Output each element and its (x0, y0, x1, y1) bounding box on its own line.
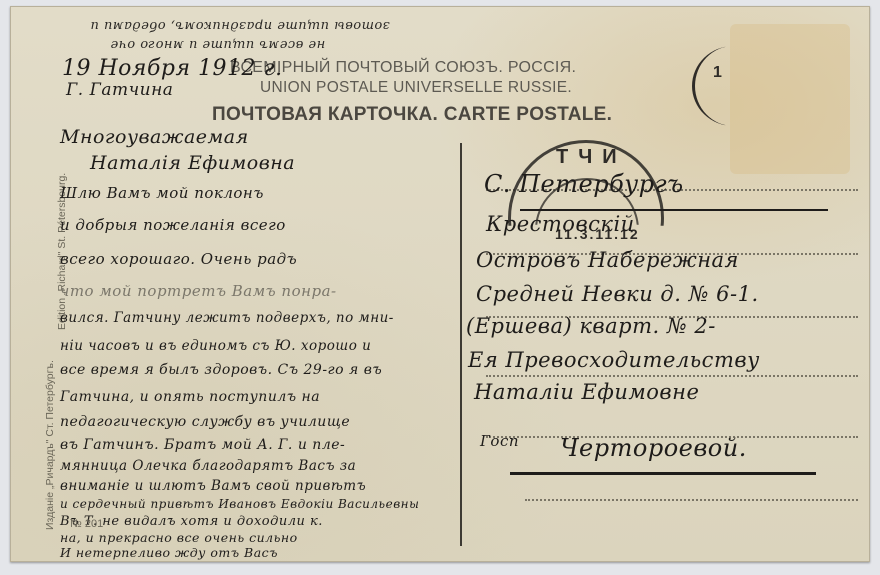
vertical-divider (460, 143, 462, 546)
address-surname-underline (510, 472, 816, 475)
message-line: всего хорошаго. Очень радъ (60, 250, 297, 268)
message-line: Шлю Вамъ мой поклонъ (60, 184, 264, 202)
publisher-edge-ru: Изданіе „Ричардъ" Ст. Петербургъ. (44, 360, 56, 530)
address-underline (520, 209, 828, 211)
header-union-fr: UNION POSTALE UNIVERSELLE RUSSIE. (260, 79, 572, 97)
address-city: С. Петербургъ (484, 170, 684, 198)
message-line: и добрыя пожеланія всего (60, 216, 286, 234)
header-postcard-title: ПОЧТОВАЯ КАРТОЧКА. CARTE POSTALE. (212, 104, 612, 126)
address-line: (Ершева) кварт. № 2- (466, 314, 716, 338)
upside-down-line: зотовы ищите праздникомъ, обедами и (90, 18, 390, 33)
postmark-city: ТЧИ (556, 146, 627, 169)
address-line: Крестовскій (486, 212, 635, 236)
address-line: Островъ Набережная (476, 248, 739, 272)
stamp-placeholder (730, 24, 850, 174)
address-line: Средней Невки д. № 6-1. (476, 282, 759, 306)
message-line: педагогическую службу въ училище (60, 414, 350, 430)
address-line: Наталіи Ефимовне (474, 380, 699, 404)
message-line: И нетерпеливо жду отъ Васъ (60, 545, 278, 560)
address-dotted-line (525, 499, 858, 501)
handwritten-place: Г. Гатчина (66, 80, 173, 100)
message-line: Многоуважаемая (60, 126, 249, 148)
handwritten-date: 19 Ноября 1912 г. (62, 56, 283, 81)
address-dotted-line (486, 375, 858, 377)
message-line: вился. Гатчину лежитъ подверхъ, по мни- (60, 310, 394, 326)
message-line: все время я былъ здоровъ. Съ 29-го я въ (60, 362, 382, 378)
message-line: Гатчина, и опять поступилъ на (60, 389, 320, 405)
upside-down-line: не всемъ ищите и много оче (110, 37, 325, 52)
card-number: № 201 (70, 518, 103, 530)
message-line: и сердечный привѣтъ Ивановъ Евдокіи Васи… (60, 497, 419, 511)
message-line: ніи часовъ и въ единомъ съ Ю. хорошо и (60, 338, 371, 354)
postmark-partial-text: 1 (713, 64, 722, 82)
address-title-prefix: Госп (480, 432, 519, 450)
message-line: мянница Олечка благодарятъ Васъ за (60, 458, 356, 474)
message-line: Наталія Ефимовна (90, 152, 295, 174)
address-line: Ея Превосходительству (468, 348, 760, 372)
message-line: вниманіе и шлютъ Вамъ свой привѣтъ (60, 478, 366, 494)
message-line: на, и прекрасно все очень сильно (60, 530, 298, 545)
message-line: что мой портретъ Вамъ понра- (60, 282, 337, 300)
message-line: въ Гатчинъ. Братъ мой А. Г. и пле- (60, 437, 345, 453)
address-surname: Чертороевой. (560, 434, 747, 462)
